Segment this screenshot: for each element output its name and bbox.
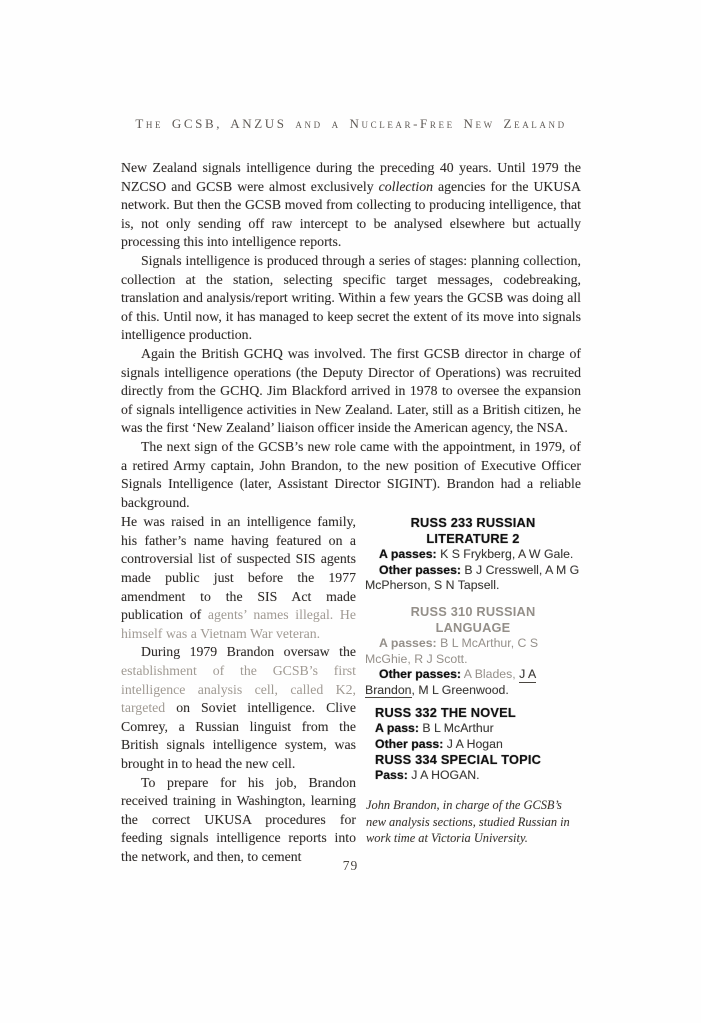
left-text-column: He was raised in an intelligence family,… (121, 513, 356, 866)
text-segment: During 1979 Brandon oversaw the (141, 644, 356, 659)
entry-label: Other passes: (379, 563, 461, 577)
paragraph-intro: New Zealand signals intelligence during … (121, 159, 581, 252)
pass-entry: Pass: J A HOGAN. (365, 768, 581, 784)
book-page: The GCSB, ANZUS and a Nuclear-Free New Z… (0, 0, 701, 1023)
pass-entry: Other passes: A Blades, J A Brandon, M L… (365, 667, 581, 698)
entry-label: Other pass: (375, 737, 443, 751)
entry-names: J A Hogan (443, 737, 502, 751)
entry-names: J A HOGAN. (408, 768, 480, 782)
pass-entry: Other passes: B J Cresswell, A M G McPhe… (365, 563, 581, 594)
course-russ-310: RUSS 310 RUSSIAN LANGUAGE A passes: B L … (365, 604, 581, 698)
entry-names: K S Frykberg, A W Gale. (437, 547, 574, 561)
figure-caption: John Brandon, in charge of the GCSB’s ne… (366, 797, 574, 847)
entry-label: A passes: (379, 547, 437, 561)
entry-label: A passes: (379, 636, 437, 650)
course-title: RUSS 233 RUSSIAN LITERATURE 2 (386, 515, 561, 546)
entry-names: , M L Greenwood. (412, 683, 509, 697)
course-title: RUSS 310 RUSSIAN LANGUAGE (386, 604, 561, 635)
paragraph-gchq: Again the British GCHQ was involved. The… (121, 345, 581, 438)
pass-entry: A passes: B L McArthur, C S McGhie, R J … (365, 636, 581, 667)
paragraph-k2-cell: During 1979 Brandon oversaw the establis… (121, 643, 356, 773)
pass-entry: A pass: B L McArthur (365, 721, 581, 737)
course-russ-334: RUSS 334 SPECIAL TOPIC Pass: J A HOGAN. (365, 752, 581, 783)
entry-label: A pass: (375, 721, 419, 735)
exam-results-clipping: RUSS 233 RUSSIAN LITERATURE 2 A passes: … (365, 513, 581, 783)
pass-entry: Other pass: J A Hogan (365, 737, 581, 753)
paragraph-washington-training: To prepare for his job, Brandon received… (121, 774, 356, 867)
course-russ-332: RUSS 332 THE NOVEL A pass: B L McArthur … (365, 705, 581, 752)
right-figure-column: RUSS 233 RUSSIAN LITERATURE 2 A passes: … (356, 513, 581, 866)
entry-names: B L McArthur (419, 721, 494, 735)
paragraph-brandon-family: He was raised in an intelligence family,… (121, 513, 356, 643)
italic-word-collection: collection (379, 179, 433, 194)
two-column-section: He was raised in an intelligence family,… (121, 513, 581, 866)
entry-names: A Blades, (461, 667, 519, 681)
entry-label: Pass: (375, 768, 408, 782)
course-title: RUSS 332 THE NOVEL (365, 705, 581, 721)
entry-label: Other passes: (379, 667, 461, 681)
pass-entry: A passes: K S Frykberg, A W Gale. (365, 547, 581, 563)
course-russ-233: RUSS 233 RUSSIAN LITERATURE 2 A passes: … (365, 515, 581, 594)
paragraph-stages: Signals intelligence is produced through… (121, 252, 581, 345)
body-text: New Zealand signals intelligence during … (121, 159, 581, 512)
paragraph-brandon-appointment: The next sign of the GCSB’s new role cam… (121, 438, 581, 512)
course-title: RUSS 334 SPECIAL TOPIC (365, 752, 581, 768)
running-header: The GCSB, ANZUS and a Nuclear-Free New Z… (121, 116, 581, 132)
page-number: 79 (0, 858, 701, 874)
